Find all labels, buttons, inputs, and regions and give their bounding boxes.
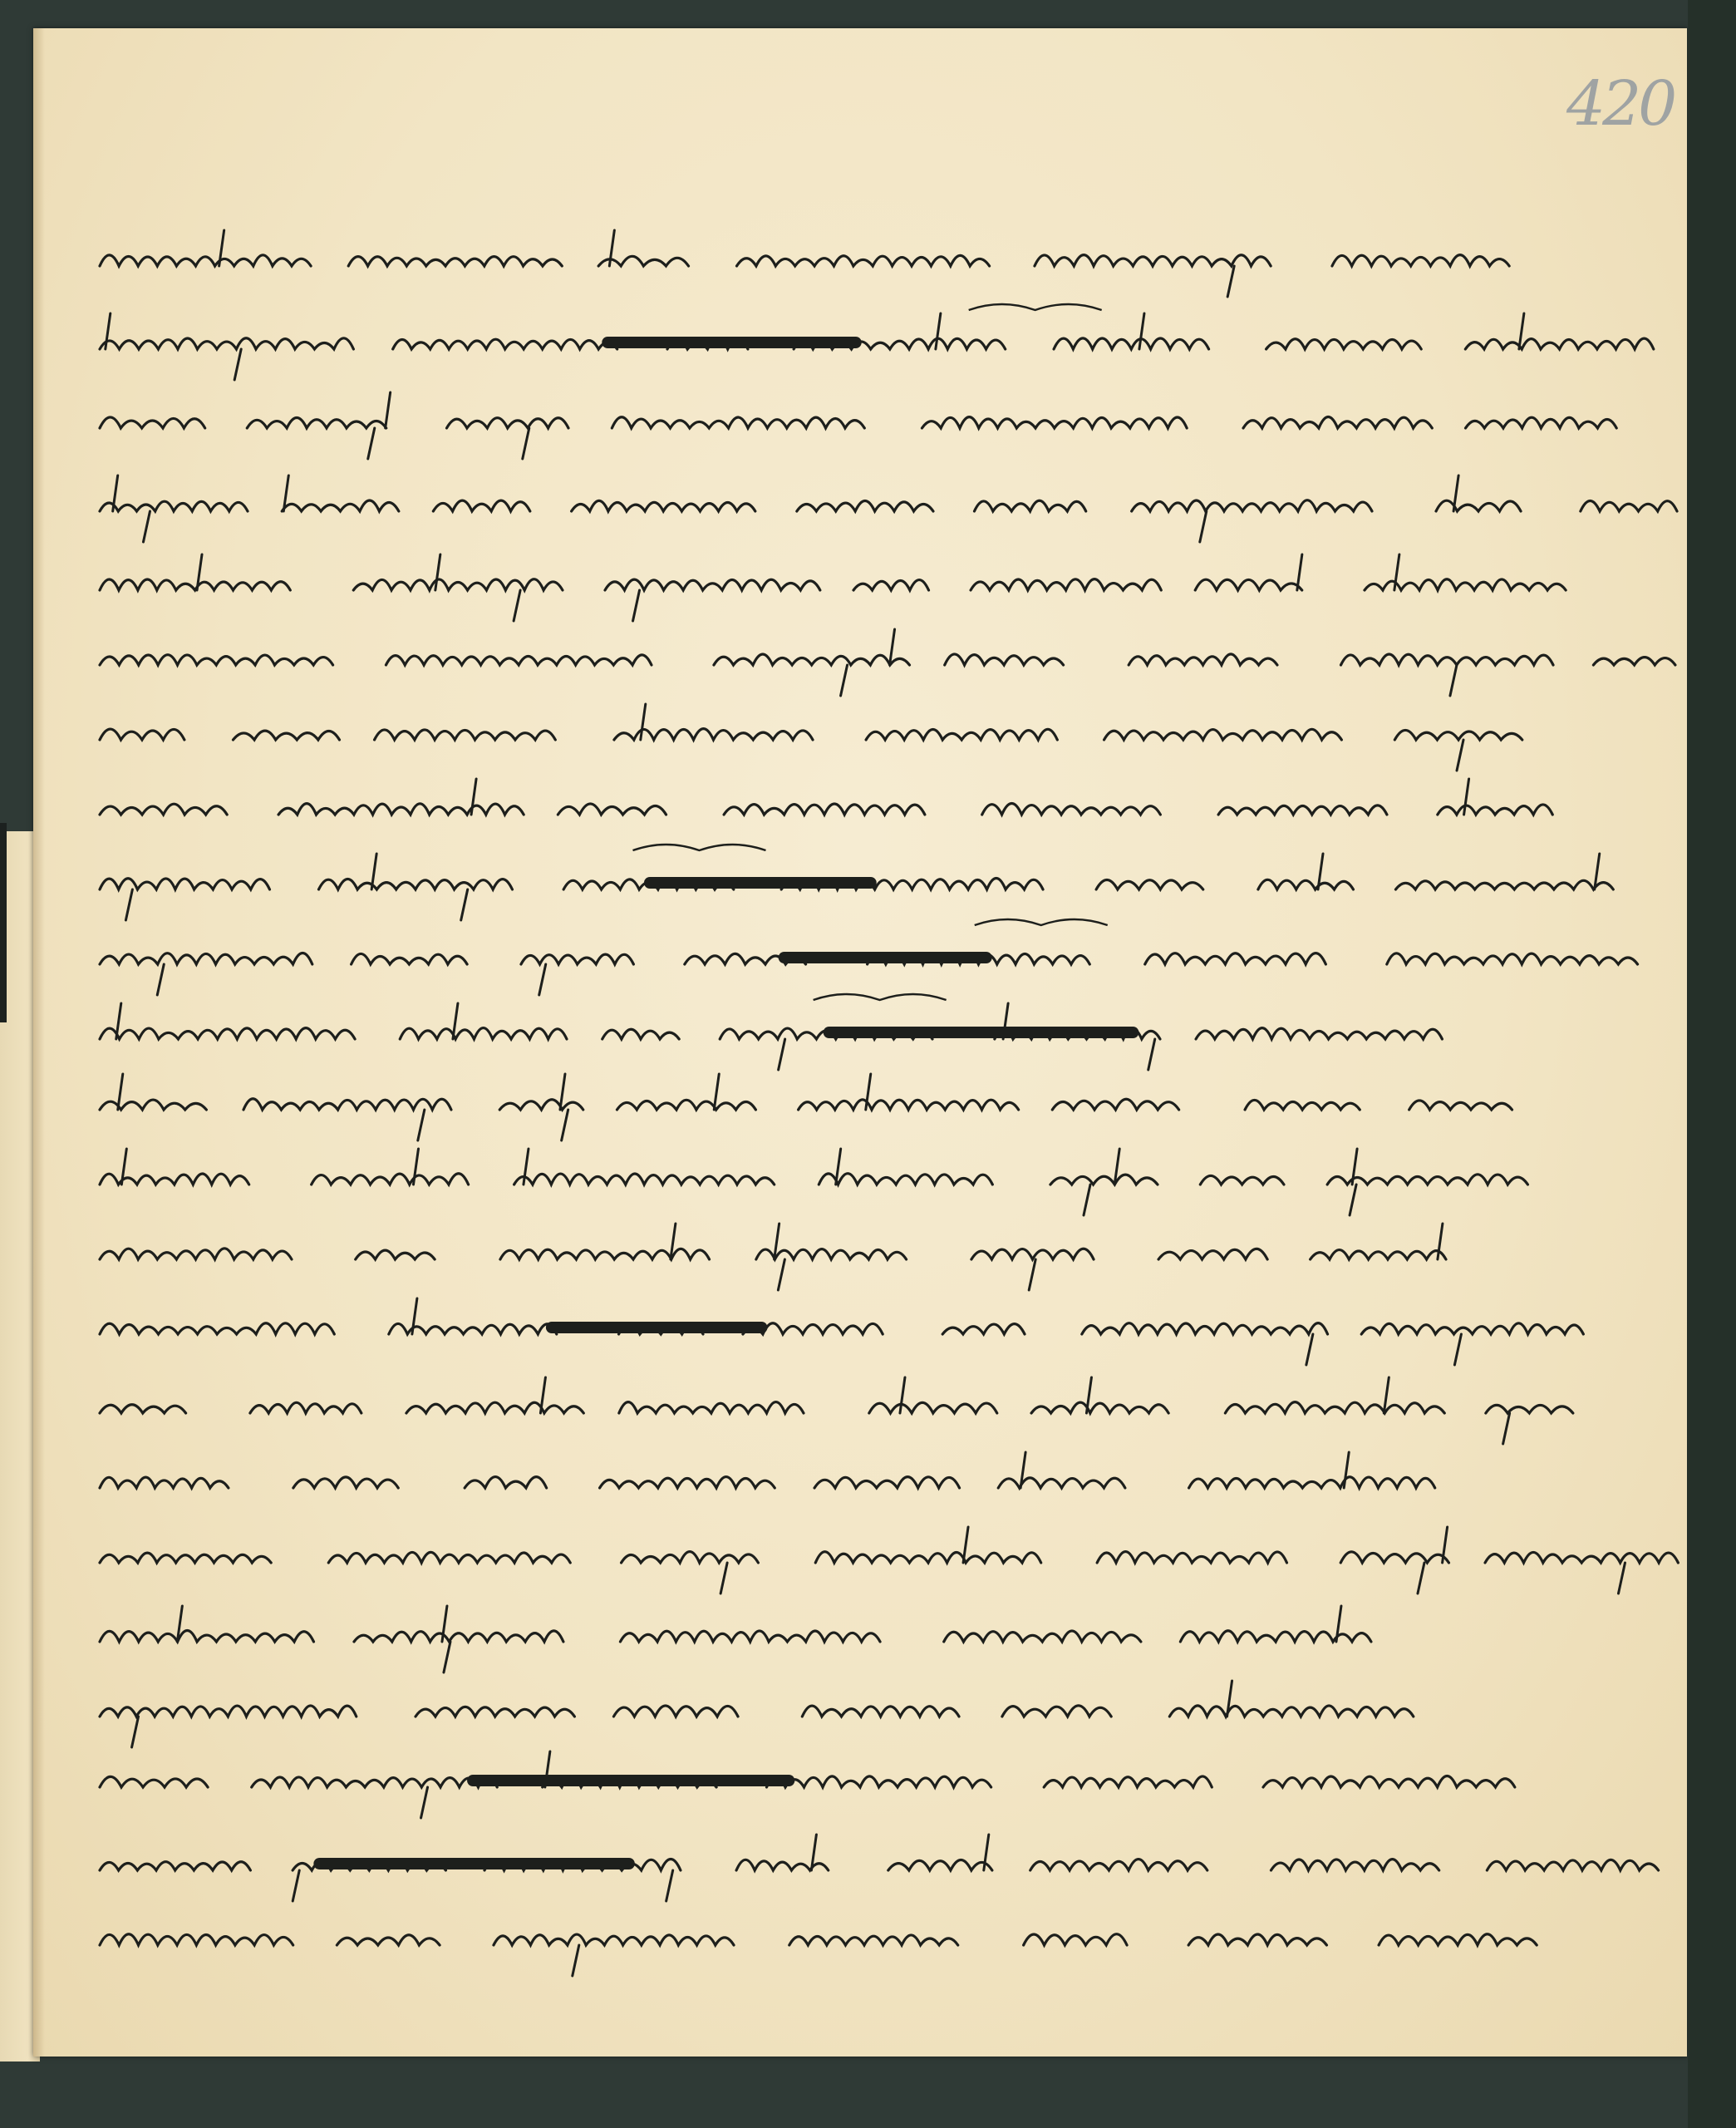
- handwritten-line: [100, 465, 1687, 540]
- strikethrough-mark: [546, 1322, 768, 1333]
- strikethrough-mark: [313, 1858, 634, 1869]
- handwritten-line: [100, 1288, 1687, 1363]
- handwritten-line: [100, 1741, 1687, 1816]
- handwritten-line: [100, 919, 1687, 993]
- handwritten-line: [100, 993, 1687, 1068]
- handwritten-line: [100, 1214, 1687, 1288]
- handwritten-line: [100, 1671, 1687, 1746]
- handwritten-line: [100, 1596, 1687, 1671]
- superscript-insertion: [632, 845, 765, 850]
- handwritten-line: [100, 1442, 1687, 1517]
- handwritten-line: [100, 1139, 1687, 1214]
- superscript-insertion: [969, 304, 1102, 310]
- handwritten-line: [100, 303, 1687, 378]
- superscript-insertion: [975, 919, 1108, 925]
- handwritten-line: [100, 1367, 1687, 1442]
- strikethrough-mark: [824, 1027, 1139, 1038]
- handwritten-line: [100, 844, 1687, 919]
- strikethrough-mark: [644, 877, 877, 889]
- handwritten-line: [100, 1517, 1687, 1592]
- handwritten-line: [100, 1899, 1687, 1974]
- handwritten-line: [100, 544, 1687, 619]
- handwritten-line: [100, 382, 1645, 457]
- strikethrough-mark: [602, 337, 861, 348]
- strikethrough-mark: [467, 1775, 794, 1786]
- handwritten-line: [100, 619, 1687, 694]
- handwritten-line: [100, 769, 1687, 844]
- handwritten-lines: [0, 0, 1736, 2128]
- superscript-insertion: [814, 994, 947, 1000]
- strikethrough-mark: [779, 952, 992, 963]
- handwritten-line: [100, 220, 1687, 295]
- handwritten-line: [100, 1064, 1662, 1139]
- handwritten-line: [100, 1825, 1687, 1899]
- handwritten-line: [100, 694, 1687, 769]
